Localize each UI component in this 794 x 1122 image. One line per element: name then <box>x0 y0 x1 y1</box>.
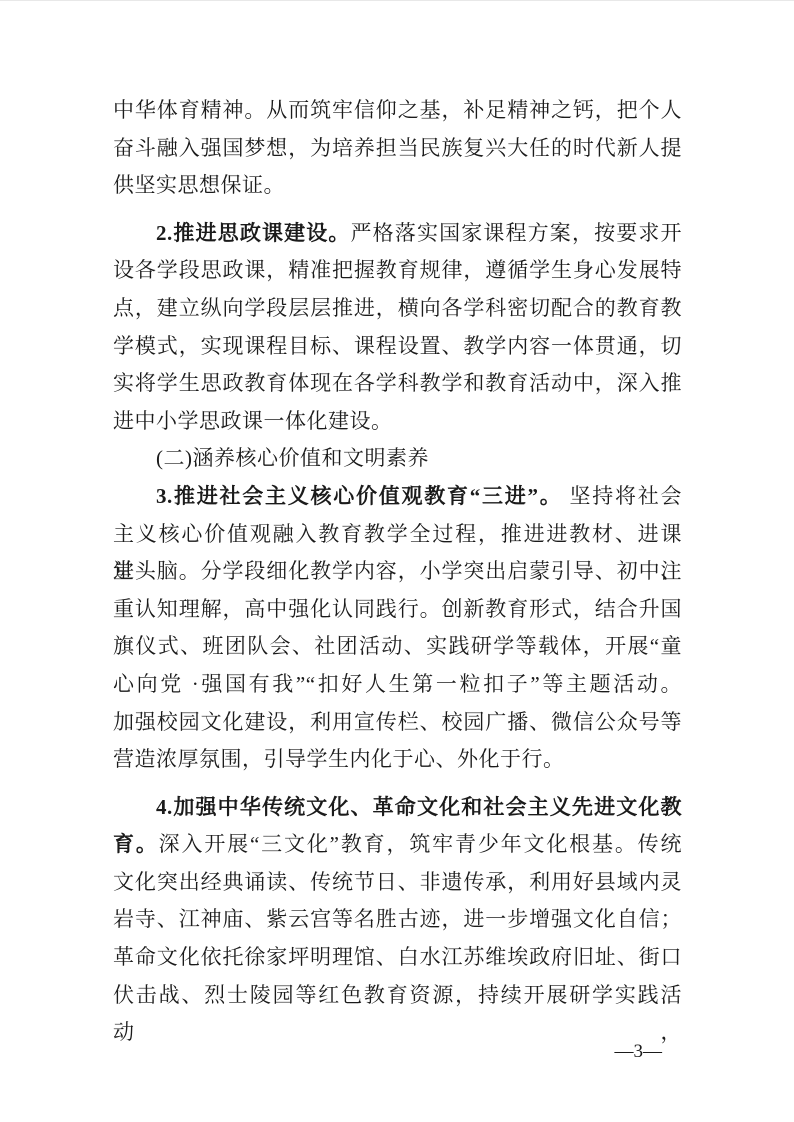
text-line: 进中小学思政课一体化建设。 <box>113 403 682 441</box>
text-segment: 营造浓厚氛围，引导学生内化于心、外化于行。 <box>113 747 565 771</box>
paragraph: (二)涵养核心价值和文明素养 <box>113 440 682 478</box>
text-segment: 深入开展“三文化”教育，筑牢青少年文化根基。传统 <box>159 832 682 856</box>
text-segment: 奋斗融入强国梦想，为培养担当民族复兴大任的时代新人提 <box>113 136 682 160</box>
text-segment: 岩寺、江神庙、紫云宫等名胜古迹，进一步增强文化自信； <box>113 907 682 931</box>
text-segment: 重认知理解，高中强化认同践行。创新教育形式，结合升国 <box>113 597 682 621</box>
paragraph: 3.推进社会主义核心价值观教育“三进”。 坚持将社会主义核心价值观融入教育教学全… <box>113 478 682 779</box>
paragraph: 2.推进思政课建设。严格落实国家课程方案，按要求开设各学段思政课，精准把握教育规… <box>113 215 682 441</box>
text-segment: 心向党 ·强国有我”“扣好人生第一粒扣子”等主题活动。 <box>113 672 682 696</box>
text-line: 岩寺、江神庙、紫云宫等名胜古迹，进一步增强文化自信； <box>113 901 682 939</box>
text-line: 4.加强中华传统文化、革命文化和社会主义先进文化教 <box>113 789 682 827</box>
text-line: 点，建立纵向学段层层推进，横向各学科密切配合的教育教 <box>113 290 682 328</box>
text-segment: 文化突出经典诵读、传统节日、非遗传承，利用好县域内灵 <box>113 870 682 894</box>
text-segment: 设各学段思政课，精准把握教育规律，遵循学生身心发展特 <box>113 258 682 282</box>
bold-text-segment: 2.推进思政课建设。 <box>156 221 351 245</box>
text-line: 实将学生思政教育体现在各学科教学和教育活动中，深入推 <box>113 365 682 403</box>
text-line: 营造浓厚氛围，引导学生内化于心、外化于行。 <box>113 741 682 779</box>
text-segment: 点，建立纵向学段层层推进，横向各学科密切配合的教育教 <box>113 296 682 320</box>
paragraph: 4.加强中华传统文化、革命文化和社会主义先进文化教育。深入开展“三文化”教育，筑… <box>113 789 682 1015</box>
text-line: 学模式，实现课程目标、课程设置、教学内容一体贯通，切 <box>113 328 682 366</box>
text-line: 中华体育精神。从而筑牢信仰之基，补足精神之钙，把个人 <box>113 92 682 130</box>
bold-text-segment: 育。 <box>113 832 159 856</box>
text-segment: 进中小学思政课一体化建设。 <box>113 409 393 433</box>
text-line: (二)涵养核心价值和文明素养 <box>113 440 682 478</box>
document-page: 中华体育精神。从而筑牢信仰之基，补足精神之钙，把个人奋斗融入强国梦想，为培养担当… <box>0 0 794 1122</box>
text-line: 进头脑。分学段细化教学内容，小学突出启蒙引导、初中注 <box>113 553 682 591</box>
text-line: 设各学段思政课，精准把握教育规律，遵循学生身心发展特 <box>113 252 682 290</box>
text-segment: 严格落实国家课程方案，按要求开 <box>351 221 682 245</box>
text-line: 供坚实思想保证。 <box>113 167 682 205</box>
text-line: 主义核心价值观融入教育教学全过程，推进进教材、进课堂、 <box>113 516 682 554</box>
page-number: —3— <box>615 1040 663 1064</box>
text-line: 文化突出经典诵读、传统节日、非遗传承，利用好县域内灵 <box>113 864 682 902</box>
text-line: 育。深入开展“三文化”教育，筑牢青少年文化根基。传统 <box>113 826 682 864</box>
text-segment: 学模式，实现课程目标、课程设置、教学内容一体贯通，切 <box>113 334 682 358</box>
text-segment: 中华体育精神。从而筑牢信仰之基，补足精神之钙，把个人 <box>113 98 682 122</box>
text-line: 革命文化依托徐家坪明理馆、白水江苏维埃政府旧址、街口 <box>113 939 682 977</box>
paragraph: 中华体育精神。从而筑牢信仰之基，补足精神之钙，把个人奋斗融入强国梦想，为培养担当… <box>113 92 682 205</box>
bold-text-segment: 4.加强中华传统文化、革命文化和社会主义先进文化教 <box>156 795 682 819</box>
text-segment: 旗仪式、班团队会、社团活动、实践研学等载体，开展“童 <box>113 634 682 658</box>
text-segment: 进头脑。分学段细化教学内容，小学突出启蒙引导、初中注 <box>113 559 682 583</box>
text-line: 心向党 ·强国有我”“扣好人生第一粒扣子”等主题活动。 <box>113 666 682 704</box>
text-line: 重认知理解，高中强化认同践行。创新教育形式，结合升国 <box>113 591 682 629</box>
document-body: 中华体育精神。从而筑牢信仰之基，补足精神之钙，把个人奋斗融入强国梦想，为培养担当… <box>113 92 682 1014</box>
text-segment: 革命文化依托徐家坪明理馆、白水江苏维埃政府旧址、街口 <box>113 945 682 969</box>
text-segment: 实将学生思政教育体现在各学科教学和教育活动中，深入推 <box>113 371 682 395</box>
text-segment: 坚持将社会 <box>563 484 683 508</box>
text-line: 旗仪式、班团队会、社团活动、实践研学等载体，开展“童 <box>113 628 682 666</box>
text-line: 奋斗融入强国梦想，为培养担当民族复兴大任的时代新人提 <box>113 130 682 168</box>
text-line: 加强校园文化建设，利用宣传栏、校园广播、微信公众号等 <box>113 704 682 742</box>
text-line: 2.推进思政课建设。严格落实国家课程方案，按要求开 <box>113 215 682 253</box>
text-segment: 加强校园文化建设，利用宣传栏、校园广播、微信公众号等 <box>113 710 682 734</box>
text-segment: (二)涵养核心价值和文明素养 <box>156 446 429 470</box>
text-segment: 供坚实思想保证。 <box>113 173 285 197</box>
text-segment: 伏击战、烈士陵园等红色教育资源，持续开展研学实践活动， <box>113 983 682 1045</box>
text-line: 3.推进社会主义核心价值观教育“三进”。 坚持将社会 <box>113 478 682 516</box>
text-line: 伏击战、烈士陵园等红色教育资源，持续开展研学实践活动， <box>113 977 682 1015</box>
bold-text-segment: 3.推进社会主义核心价值观教育“三进”。 <box>156 484 563 508</box>
